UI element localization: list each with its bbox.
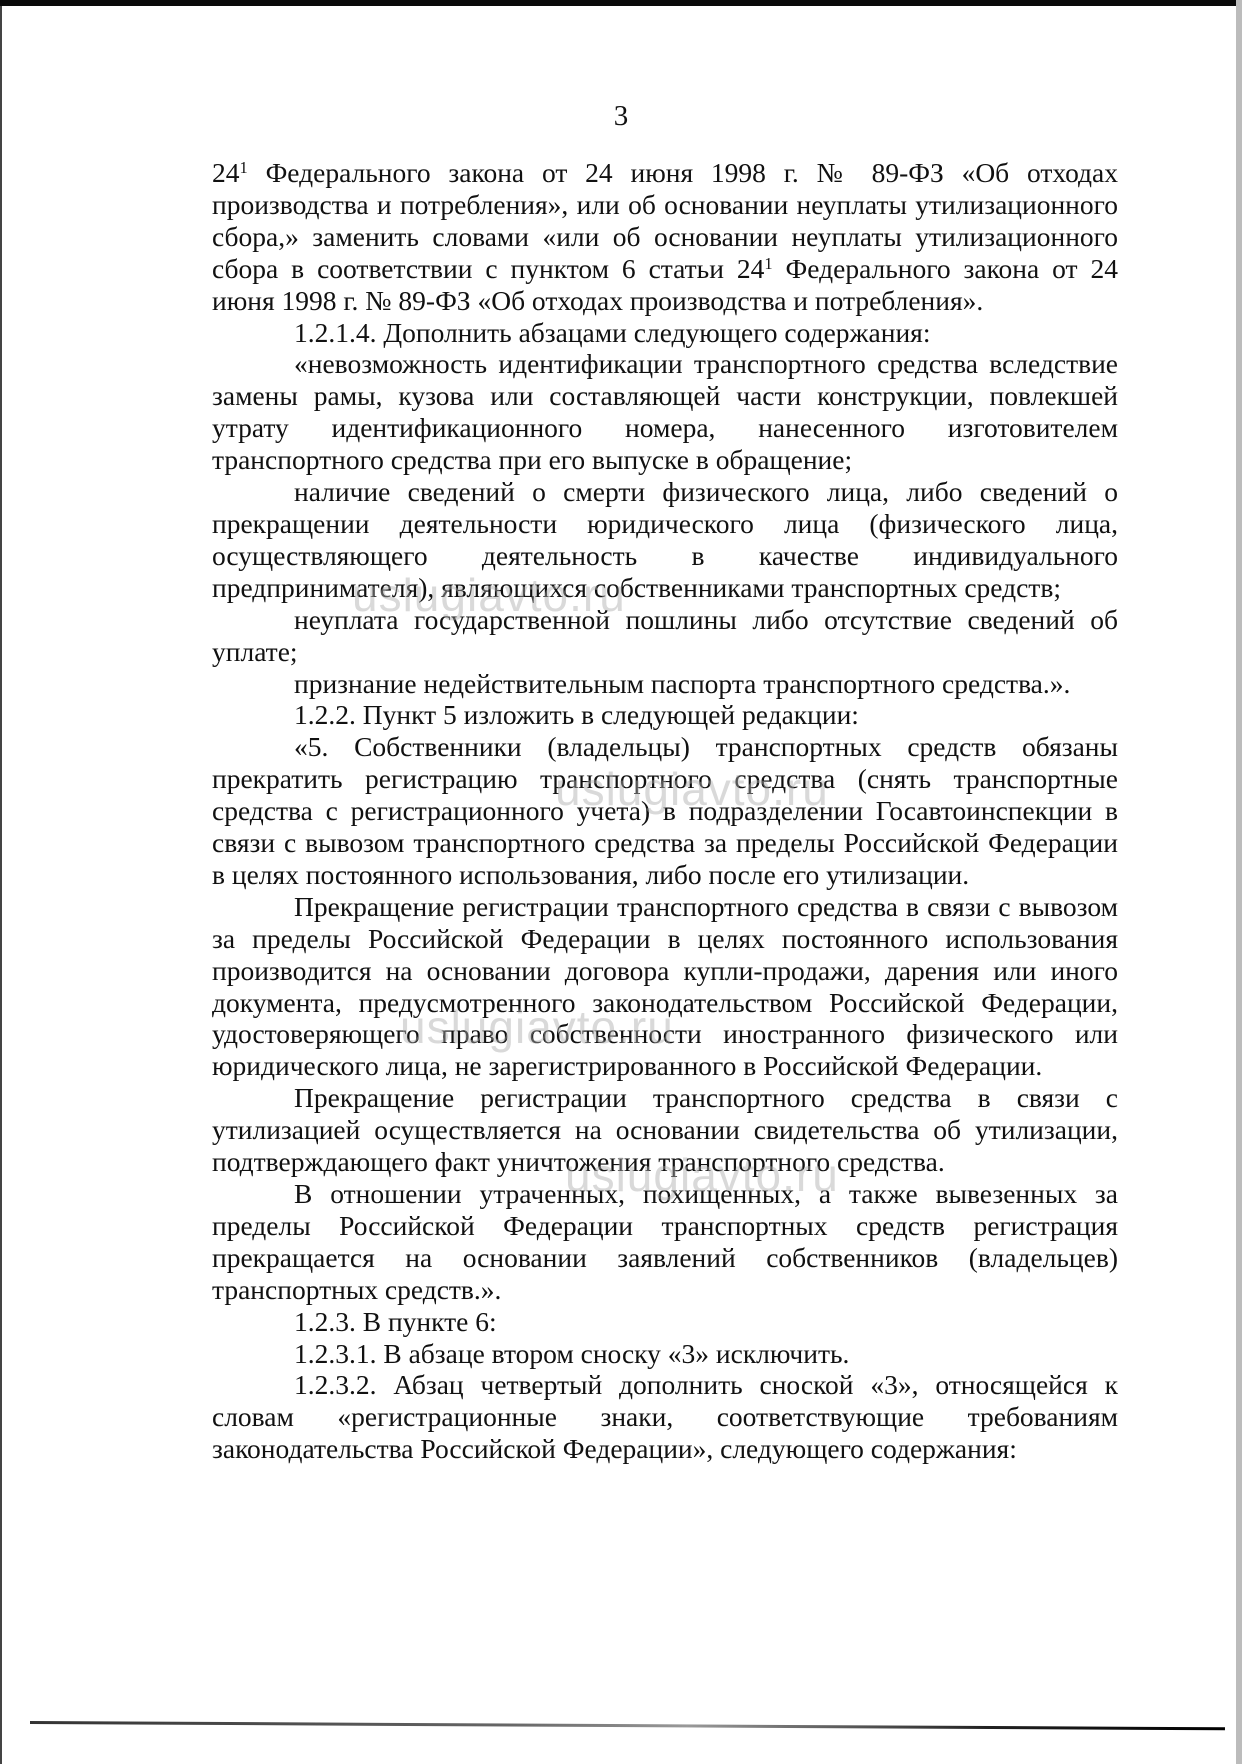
paragraph: 1.2.1.4. Дополнить абзацами следующего с…: [212, 317, 1118, 349]
paragraph: 241 Федерального закона от 24 июня 1998 …: [212, 157, 1118, 317]
text-run: Прекращение регистрации транспортного ср…: [212, 1082, 1118, 1177]
document-body: 241 Федерального закона от 24 июня 1998 …: [212, 157, 1118, 1465]
paragraph: Прекращение регистрации транспортного ср…: [212, 891, 1118, 1082]
text-run: 1.2.1.4. Дополнить абзацами следующего с…: [294, 317, 930, 348]
text-run: Прекращение регистрации транспортного ср…: [212, 891, 1118, 1082]
text-run: 24: [212, 157, 240, 188]
scan-right-edge: [1236, 0, 1242, 1764]
text-run: 1.2.3. В пункте 6:: [294, 1306, 497, 1337]
text-run: неуплата государственной пошлины либо от…: [212, 604, 1118, 667]
footnote-superscript: 1: [764, 254, 772, 273]
paragraph: 1.2.3.2. Абзац четвертый дополнить сноск…: [212, 1369, 1118, 1465]
footnote-superscript: 1: [240, 158, 248, 177]
paragraph: «невозможность идентификации транспортно…: [212, 348, 1118, 476]
text-run: наличие сведений о смерти физического ли…: [212, 476, 1118, 603]
paragraph: «5. Собственники (владельцы) транспортны…: [212, 731, 1118, 891]
paragraph: признание недействительным паспорта тран…: [212, 668, 1118, 700]
text-run: 1.2.2. Пункт 5 изложить в следующей реда…: [294, 699, 859, 730]
page-number: 3: [0, 100, 1242, 133]
text-run: «невозможность идентификации транспортно…: [212, 348, 1118, 475]
paragraph: наличие сведений о смерти физического ли…: [212, 476, 1118, 604]
text-run: признание недействительным паспорта тран…: [294, 668, 1070, 699]
paragraph: 1.2.3. В пункте 6:: [212, 1306, 1118, 1338]
scan-top-edge: [0, 0, 1242, 6]
paragraph: 1.2.3.1. В абзаце втором сноску «3» искл…: [212, 1338, 1118, 1370]
paragraph: В отношении утраченных, похищенных, а та…: [212, 1178, 1118, 1306]
paragraph: неуплата государственной пошлины либо от…: [212, 604, 1118, 668]
text-run: 1.2.3.2. Абзац четвертый дополнить сноск…: [212, 1369, 1118, 1464]
text-run: В отношении утраченных, похищенных, а та…: [212, 1178, 1118, 1305]
text-run: «5. Собственники (владельцы) транспортны…: [212, 731, 1118, 890]
scan-left-edge: [0, 6, 2, 1764]
scan-artifact-line: [30, 1721, 1225, 1730]
paragraph: 1.2.2. Пункт 5 изложить в следующей реда…: [212, 699, 1118, 731]
paragraph: Прекращение регистрации транспортного ср…: [212, 1082, 1118, 1178]
text-run: 1.2.3.1. В абзаце втором сноску «3» искл…: [294, 1338, 849, 1369]
